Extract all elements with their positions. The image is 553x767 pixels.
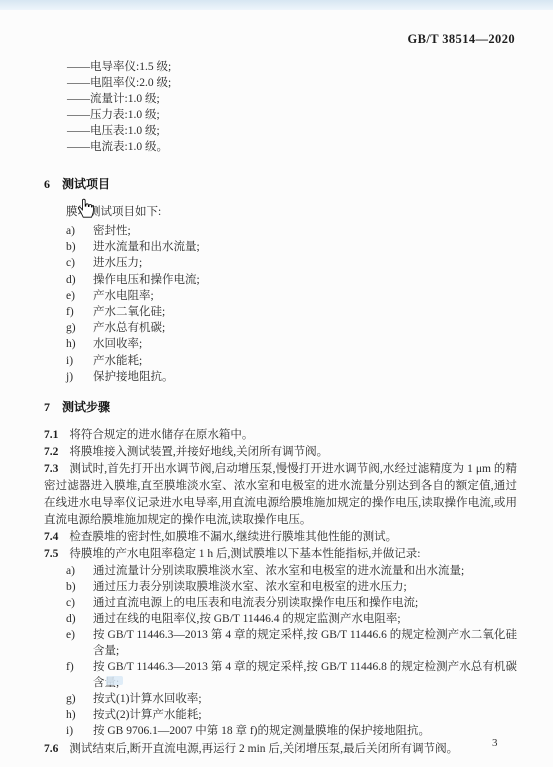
list-item: d)操作电压和操作电流; — [66, 272, 517, 288]
section-6-intro: 膜堆测试项目如下: — [66, 204, 517, 220]
page-number: 3 — [492, 737, 498, 749]
clause-7-5-item: g)按式(1)计算水回收率; — [44, 691, 517, 707]
scan-top-band — [0, 0, 553, 10]
scan-smudge-artifact — [106, 676, 123, 685]
section-6-heading: 6测试项目 — [44, 175, 517, 192]
list-item: i)产水能耗; — [66, 353, 517, 369]
clause-7-1: 7.1将符合规定的进水储存在原水箱中。 — [44, 427, 517, 444]
clause-7-5-item: b)通过压力表分别读取膜堆淡水室、浓水室和电极室的进水压力; — [44, 579, 517, 595]
list-item: h)水回收率; — [66, 336, 517, 352]
list-item: b)进水流量和出水流量; — [66, 239, 517, 255]
list-item: g)产水总有机碳; — [66, 320, 517, 336]
list-item: ——电导率仪:1.5 级; — [67, 59, 517, 75]
clause-7-5-item: a)通过流量计分别读取膜堆淡水室、浓水室和电极室的进水流量和出水流量; — [44, 563, 517, 579]
clause-7-5-item: h)按式(2)计算产水能耗; — [44, 707, 517, 723]
document-header: GB/T 38514—2020 — [0, 32, 515, 47]
clause-7-5: 7.5待膜堆的产水电阻率稳定 1 h 后,测试膜堆以下基本性能指标,并做记录: — [44, 546, 517, 563]
clause-7-3: 7.3测试时,首先打开出水调节阀,启动增压泵,慢慢打开进水调节阀,水经过滤精度为… — [44, 461, 517, 529]
clause-7-6: 7.6测试结束后,断开直流电源,再运行 2 min 后,关闭增压泵,最后关闭所有… — [44, 741, 517, 758]
equipment-accuracy-list: ——电导率仪:1.5 级; ——电阻率仪:2.0 级; ——流量计:1.0 级;… — [67, 59, 517, 155]
clause-7-2: 7.2将膜堆接入测试装置,并接好地线,关闭所有调节阀。 — [44, 444, 517, 461]
list-item: j)保护接地阻抗。 — [66, 369, 517, 385]
section-7-heading: 7测试步骤 — [44, 398, 517, 415]
list-item: ——流量计:1.0 级; — [67, 91, 517, 107]
test-items-list: a)密封性; b)进水流量和出水流量; c)进水压力; d)操作电压和操作电流;… — [66, 223, 517, 385]
list-item: c)进水压力; — [66, 255, 517, 271]
list-item: ——电压表:1.0 级; — [67, 123, 517, 139]
scanned-standard-page: GB/T 38514—2020 ——电导率仪:1.5 级; ——电阻率仪:2.0… — [0, 0, 553, 767]
clause-7-5-item: e)按 GB/T 11446.3—2013 第 4 章的规定采样,按 GB/T … — [44, 627, 517, 659]
section-title: 测试步骤 — [62, 400, 110, 414]
section-number: 7 — [44, 400, 62, 415]
hand-pointer-icon — [76, 197, 94, 219]
list-item: ——电流表:1.0 级。 — [67, 139, 517, 155]
list-item: ——压力表:1.0 级; — [67, 107, 517, 123]
section-number: 6 — [44, 177, 62, 192]
clause-7-5-item: i)按 GB 9706.1—2007 中第 18 章 f)的规定测量膜堆的保护接… — [44, 723, 517, 739]
list-item: f)产水二氧化硅; — [66, 304, 517, 320]
list-item: a)密封性; — [66, 223, 517, 239]
clause-7-4: 7.4检查膜堆的密封性,如膜堆不漏水,继续进行膜堆其他性能的测试。 — [44, 529, 517, 546]
clause-7-5-item: d)通过在线的电阻率仪,按 GB/T 11446.4 的规定监测产水电阻率; — [44, 611, 517, 627]
list-item: ——电阻率仪:2.0 级; — [67, 75, 517, 91]
section-title: 测试项目 — [62, 177, 110, 191]
list-item: e)产水电阻率; — [66, 288, 517, 304]
clause-7-5-item: c)通过直流电源上的电压表和电流表分别读取操作电压和操作电流; — [44, 595, 517, 611]
